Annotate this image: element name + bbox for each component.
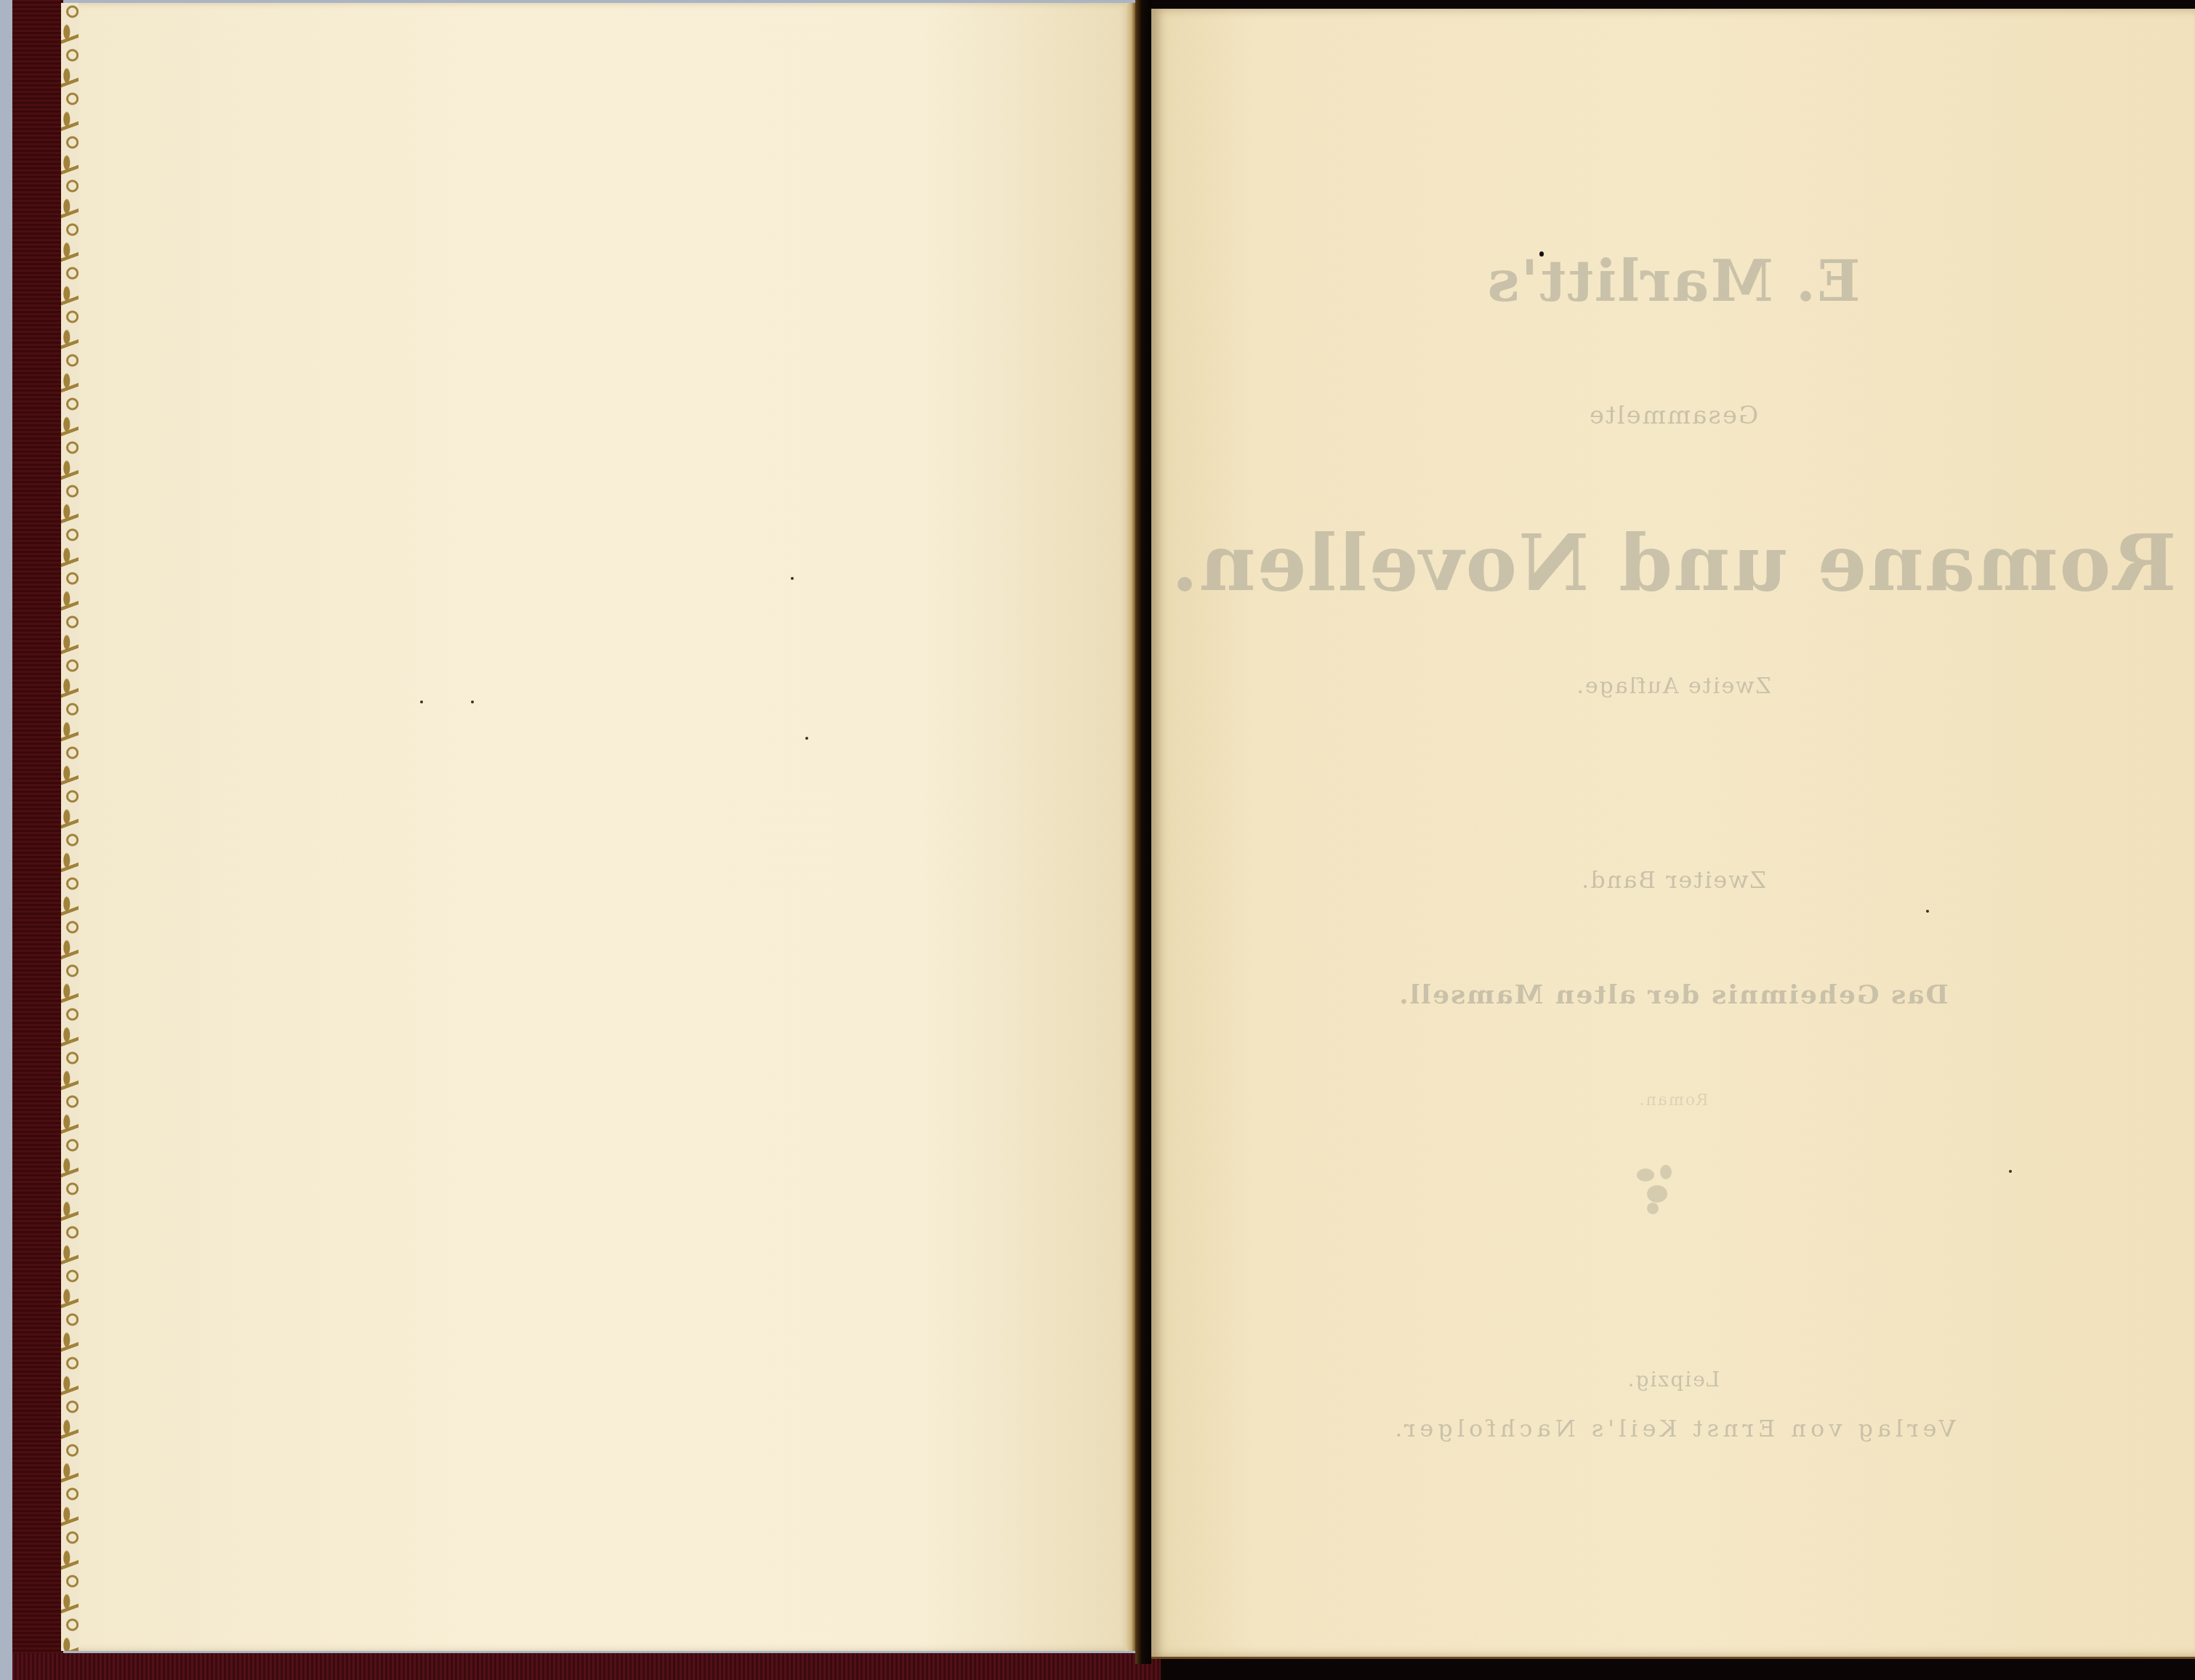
paper-speck xyxy=(805,737,808,740)
paper-speck xyxy=(420,700,423,703)
paper-speck xyxy=(2009,1170,2012,1173)
title-page-title: Romane und Novellen. xyxy=(1151,517,2195,608)
floral-vignette-icon xyxy=(1631,1160,1682,1219)
left-page-blank xyxy=(78,3,1132,1651)
title-page: E. Marlitt's Gesammelte Romane und Novel… xyxy=(1151,9,2195,1659)
title-page-volume: Zweiter Band. xyxy=(1151,866,2195,894)
book-cover-cloth-left xyxy=(12,0,63,1680)
book-gutter xyxy=(1135,0,1151,1664)
book-cover-cloth-bottom xyxy=(12,1653,1161,1680)
endpaper-decorative-strip xyxy=(61,3,81,1651)
floral-scroll-ornament-icon xyxy=(61,3,80,1651)
title-page-edition: Zweite Auflage. xyxy=(1151,674,2195,699)
title-page-author: E. Marlitt's xyxy=(1151,249,2195,315)
title-page-subtitle: Das Geheimnis der alten Mamsell. xyxy=(1151,980,2195,1010)
title-page-genre: Roman. xyxy=(1151,1091,2195,1110)
title-page-publisher: Verlag von Ernst Keil's Nachfolger. xyxy=(1151,1415,2195,1442)
paper-speck xyxy=(1539,251,1544,257)
paper-speck xyxy=(471,700,474,703)
title-page-collection: Gesammelte xyxy=(1151,401,2195,430)
paper-speck xyxy=(1926,910,1929,913)
left-page-fore-edge xyxy=(1125,3,1135,1651)
paper-speck xyxy=(791,577,794,580)
title-page-place: Leipzig. xyxy=(1151,1368,2195,1392)
